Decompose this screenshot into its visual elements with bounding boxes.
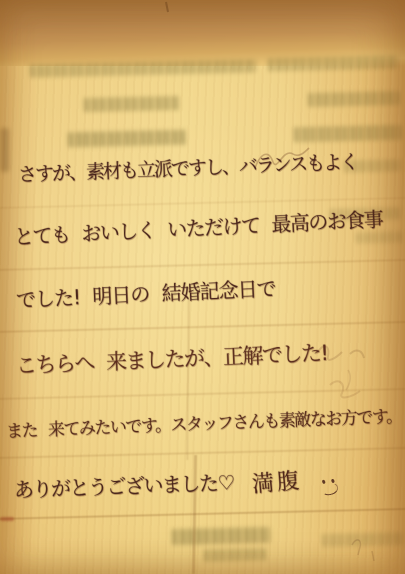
guestbook-note-photo: さすが、素材も立派ですし、バランスもよく とても おいしく いただけて 最高のお… [0, 0, 405, 574]
photo-vignette [0, 0, 405, 574]
